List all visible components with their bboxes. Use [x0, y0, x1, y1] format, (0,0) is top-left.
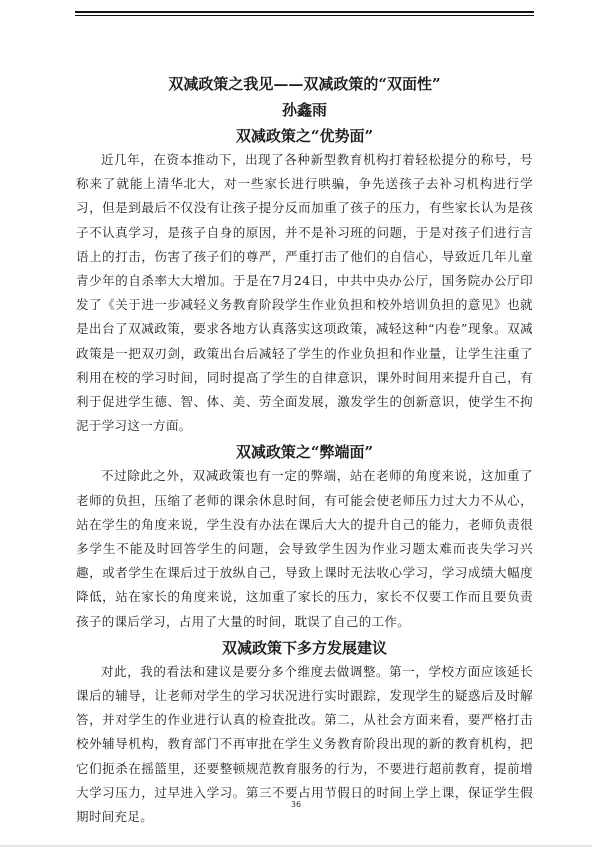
page-number: 36 — [0, 800, 592, 809]
article-body: 双减政策之我见——双减政策的“双面性” 孙鑫雨 双减政策之“优势面” 近几年，在… — [76, 72, 533, 829]
section-paragraph-advantages: 近几年，在资本推动下，出现了各种新型教育机构打着轻松提分的称号，号称来了就能上清… — [76, 148, 533, 438]
section-heading-suggestions: 双减政策下多方发展建议 — [76, 636, 533, 660]
section-heading-advantages: 双减政策之“优势面” — [76, 124, 533, 148]
section-heading-disadvantages: 双减政策之“弊端面” — [76, 440, 533, 464]
document-page: 双减政策之我见——双减政策的“双面性” 孙鑫雨 双减政策之“优势面” 近几年，在… — [0, 0, 592, 847]
author-name: 孙鑫雨 — [76, 98, 533, 122]
section-paragraph-disadvantages: 不过除此之外，双减政策也有一定的弊端，站在老师的角度来说，这加重了老师的负担，压… — [76, 464, 533, 633]
header-double-rule — [75, 11, 534, 16]
article-title: 双减政策之我见——双减政策的“双面性” — [76, 72, 533, 96]
